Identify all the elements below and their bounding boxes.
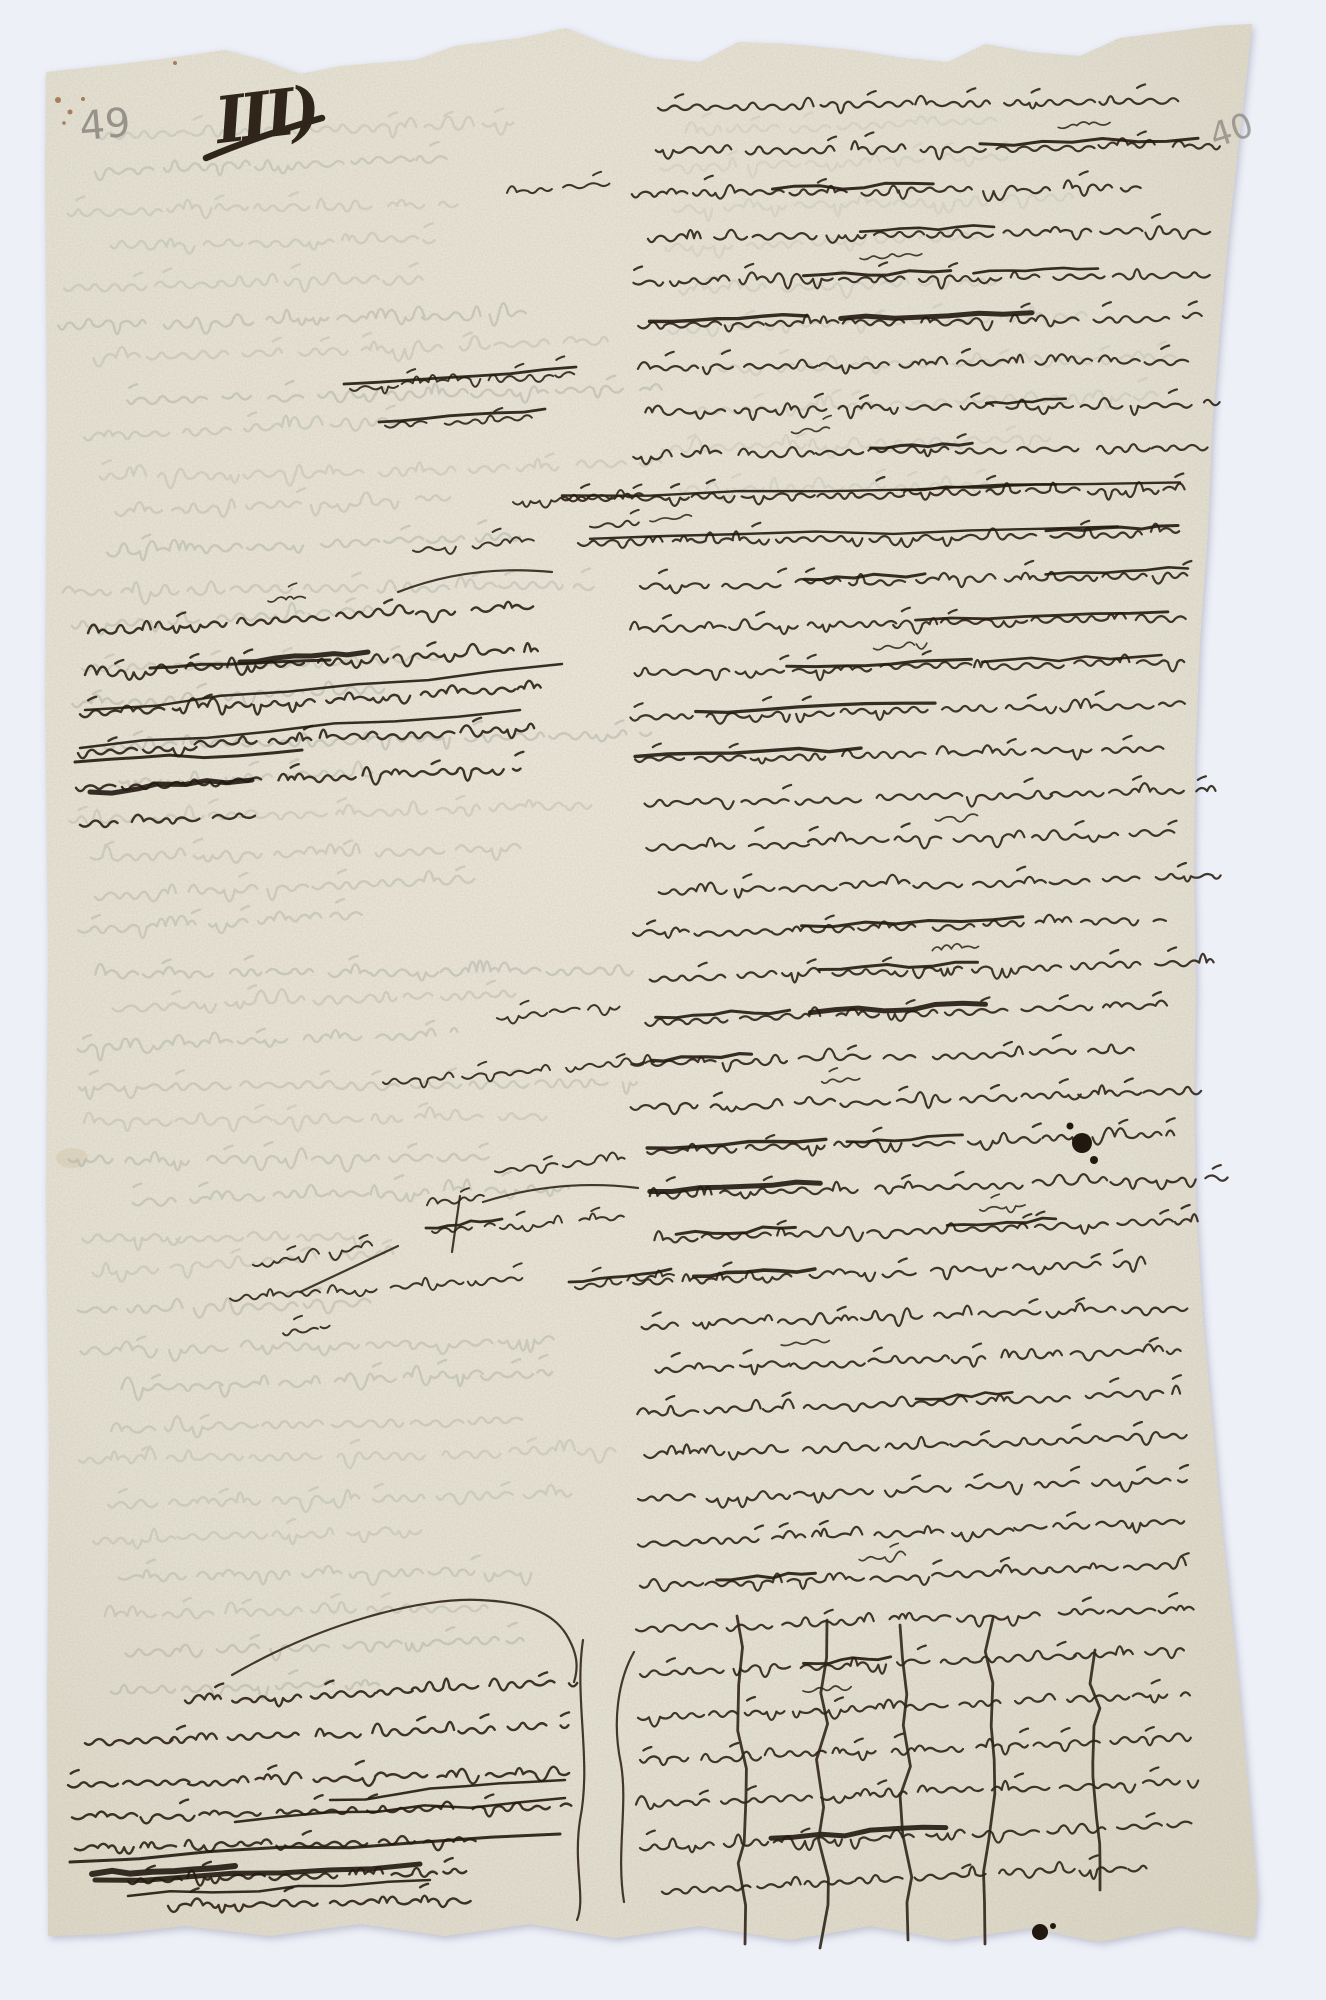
manuscript-scan: Scanned handwritten manuscript draft pag… bbox=[0, 0, 1326, 2000]
ink-blot bbox=[1067, 1123, 1074, 1130]
ink-blot bbox=[1032, 1924, 1048, 1940]
ink-blot bbox=[1050, 1923, 1056, 1929]
rust-speckle bbox=[55, 97, 61, 103]
scan-viewport: Scanned handwritten manuscript draft pag… bbox=[0, 0, 1326, 2000]
folio-number-pencil-left: 49 bbox=[78, 100, 133, 150]
section-heading-numeral: III) bbox=[209, 72, 321, 159]
rust-speckle bbox=[62, 121, 66, 125]
section-heading: III) bbox=[206, 72, 322, 159]
ink-blot bbox=[1090, 1156, 1098, 1164]
rust-speckle bbox=[68, 110, 73, 115]
rust-speckle bbox=[81, 97, 85, 101]
ink-blot bbox=[1072, 1133, 1092, 1153]
rust-speckle bbox=[173, 61, 177, 65]
